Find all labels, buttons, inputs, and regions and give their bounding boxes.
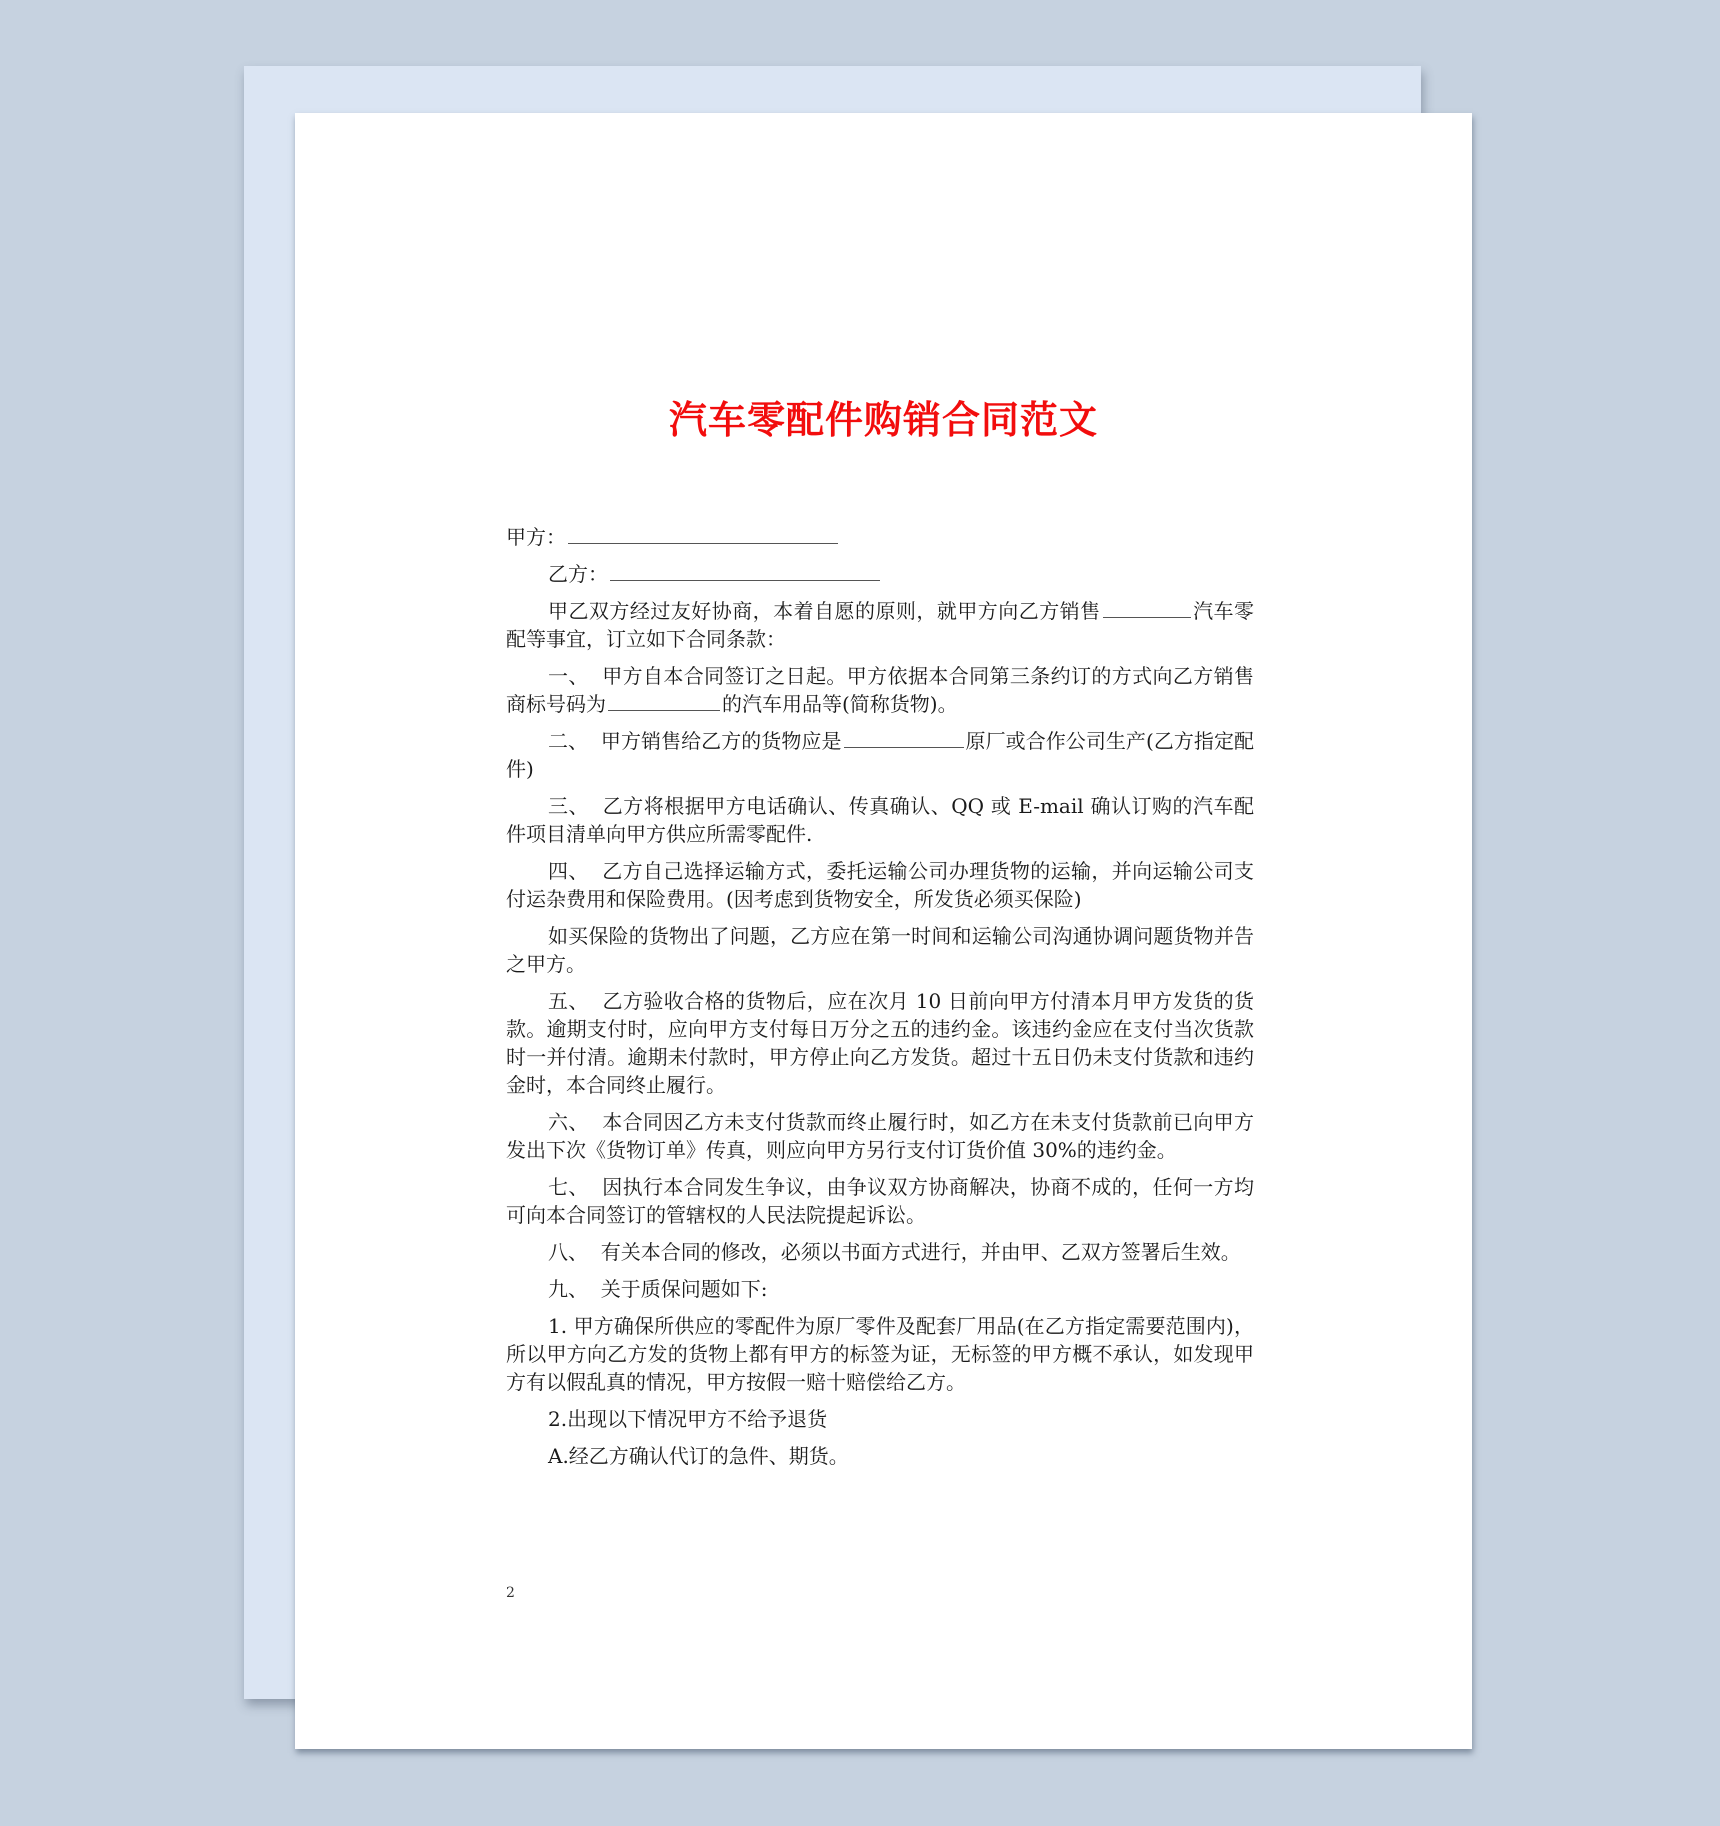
party-b-line: 乙方： xyxy=(506,560,1254,588)
clause-2: 二、 甲方销售给乙方的货物应是原厂或合作公司生产(乙方指定配件) xyxy=(506,727,1254,783)
sub-item-1: 1. 甲方确保所供应的零配件为原厂零件及配套厂用品(在乙方指定需要范围内)，所以… xyxy=(506,1312,1254,1396)
document-page: 汽车零配件购销合同范文 甲方： 乙方： 甲乙双方经过友好协商，本着自愿的原则，就… xyxy=(295,113,1472,1749)
clause-number: 一、 xyxy=(548,664,589,688)
intro-paragraph: 甲乙双方经过友好协商，本着自愿的原则，就甲方向乙方销售汽车零配等事宜，订立如下合… xyxy=(506,597,1254,653)
clause-number: 二、 xyxy=(548,729,588,753)
clause-number: 八、 xyxy=(548,1240,588,1264)
sub-item-2: 2.出现以下情况甲方不给予退货 xyxy=(506,1405,1254,1433)
clause-number: 七、 xyxy=(548,1175,589,1199)
party-a-label: 甲方： xyxy=(506,525,566,549)
clause-text: 有关本合同的修改，必须以书面方式进行，并由甲、乙双方签署后生效。 xyxy=(601,1240,1241,1264)
clause-text: 因执行本合同发生争议，由争议双方协商解决，协商不成的，任何一方均可向本合同签订的… xyxy=(506,1175,1254,1227)
clause-8: 八、 有关本合同的修改，必须以书面方式进行，并由甲、乙双方签署后生效。 xyxy=(506,1238,1254,1266)
clause-number: 四、 xyxy=(548,859,589,883)
clause-5: 五、 乙方验收合格的货物后，应在次月 10 日前向甲方付清本月甲方发货的货款。逾… xyxy=(506,987,1254,1099)
clause-1: 一、 甲方自本合同签订之日起。甲方依据本合同第三条约订的方式向乙方销售商标号码为… xyxy=(506,662,1254,718)
clause-7: 七、 因执行本合同发生争议，由争议双方协商解决，协商不成的，任何一方均可向本合同… xyxy=(506,1173,1254,1229)
clause-6: 六、 本合同因乙方未支付货款而终止履行时，如乙方在未支付货款前已向甲方发出下次《… xyxy=(506,1108,1254,1164)
clause-4: 四、 乙方自己选择运输方式，委托运输公司办理货物的运输，并向运输公司支付运杂费用… xyxy=(506,857,1254,913)
intro-blank xyxy=(1103,597,1191,618)
document-title: 汽车零配件购销合同范文 xyxy=(295,389,1472,444)
page-number: 2 xyxy=(506,1585,515,1601)
clause-text: 如买保险的货物出了问题，乙方应在第一时间和运输公司沟通协调问题货物并告之甲方。 xyxy=(506,924,1254,976)
clause-2-blank xyxy=(844,727,964,748)
clause-9: 九、 关于质保问题如下: xyxy=(506,1275,1254,1303)
clause-text: 乙方验收合格的货物后，应在次月 10 日前向甲方付清本月甲方发货的货款。逾期支付… xyxy=(506,989,1254,1097)
clause-text: 甲方销售给乙方的货物应是 xyxy=(601,729,842,753)
clause-4-note: 如买保险的货物出了问题，乙方应在第一时间和运输公司沟通协调问题货物并告之甲方。 xyxy=(506,922,1254,978)
clause-number: 三、 xyxy=(548,794,589,818)
clause-1-blank xyxy=(608,690,720,711)
sub-item-3: A.经乙方确认代订的急件、期货。 xyxy=(506,1442,1254,1470)
clause-3: 三、 乙方将根据甲方电话确认、传真确认、QQ 或 E-mail 确认订购的汽车配… xyxy=(506,792,1254,848)
party-b-label: 乙方： xyxy=(548,562,608,586)
clause-text: 关于质保问题如下: xyxy=(601,1277,768,1301)
party-b-blank xyxy=(610,560,880,581)
party-a-blank xyxy=(568,523,838,544)
clause-number: 五、 xyxy=(548,989,589,1013)
clause-text: 的汽车用品等(简称货物)。 xyxy=(722,692,958,716)
document-body: 甲方： 乙方： 甲乙双方经过友好协商，本着自愿的原则，就甲方向乙方销售汽车零配等… xyxy=(506,523,1254,1479)
intro-text-a: 甲乙双方经过友好协商，本着自愿的原则，就甲方向乙方销售 xyxy=(548,599,1101,623)
clause-number: 六、 xyxy=(548,1110,589,1134)
clause-text: 本合同因乙方未支付货款而终止履行时，如乙方在未支付货款前已向甲方发出下次《货物订… xyxy=(506,1110,1254,1162)
party-a-line: 甲方： xyxy=(506,523,1254,551)
clause-text: 乙方自己选择运输方式，委托运输公司办理货物的运输，并向运输公司支付运杂费用和保险… xyxy=(506,859,1254,911)
clause-number: 九、 xyxy=(548,1277,588,1301)
clause-text: 乙方将根据甲方电话确认、传真确认、QQ 或 E-mail 确认订购的汽车配件项目… xyxy=(506,794,1254,846)
